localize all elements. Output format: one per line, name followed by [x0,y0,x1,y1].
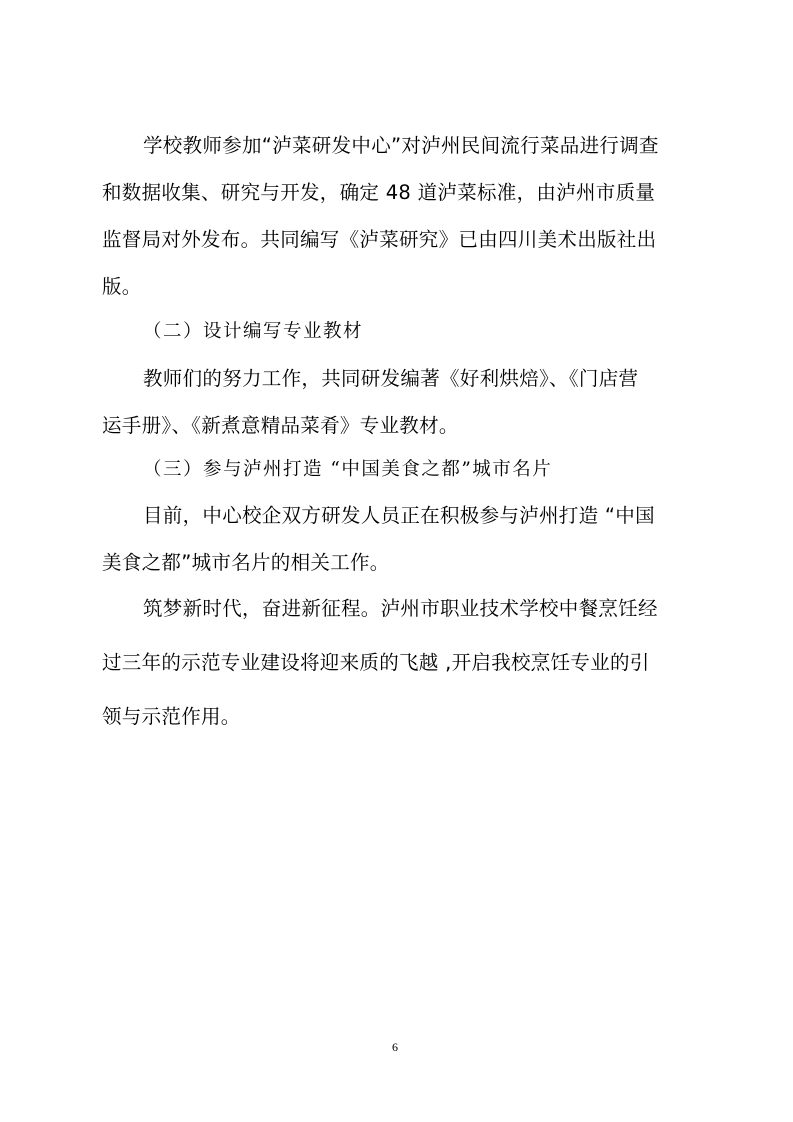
paragraph-line: 教师们的努力工作，共同研发编著《好利烘焙》、《门店营 [143,363,638,391]
paragraph-line: 过三年的示范专业建设将迎来质的飞越 ,开启我校烹饪专业的引 [102,647,650,675]
paragraph-line: 领与示范作用。 [102,701,241,729]
paragraph-line: 目前，中心校企双方研发人员正在积极参与泸州打造 “中国 [143,500,655,528]
section-heading: （二）设计编写专业教材 [143,317,363,343]
paragraph-line: 版。 [102,271,142,299]
paragraph-line: 筑梦新时代，奋进新征程。泸州市职业技术学校中餐烹饪经 [143,593,658,621]
paragraph-line: 美食之都”城市名片的相关工作。 [102,547,390,575]
paragraph-line: 运手册》、《新煮意精品菜肴》专业教材。 [102,410,459,438]
document-page: 学校教师参加“泸菜研发中心”对泸州民间流行菜品进行调查 和数据收集、研究与开发，… [0,0,793,1122]
section-heading: （三）参与泸州打造 “中国美食之都”城市名片 [143,455,552,481]
paragraph-line: 监督局对外发布。共同编写《泸菜研究》已由四川美术出版社出 [102,224,656,252]
page-number: 6 [392,1040,398,1055]
paragraph-line: 和数据收集、研究与开发，确定 48 道泸菜标准，由泸州市质量 [102,177,655,205]
paragraph-line: 学校教师参加“泸菜研发中心”对泸州民间流行菜品进行调查 [143,130,659,158]
